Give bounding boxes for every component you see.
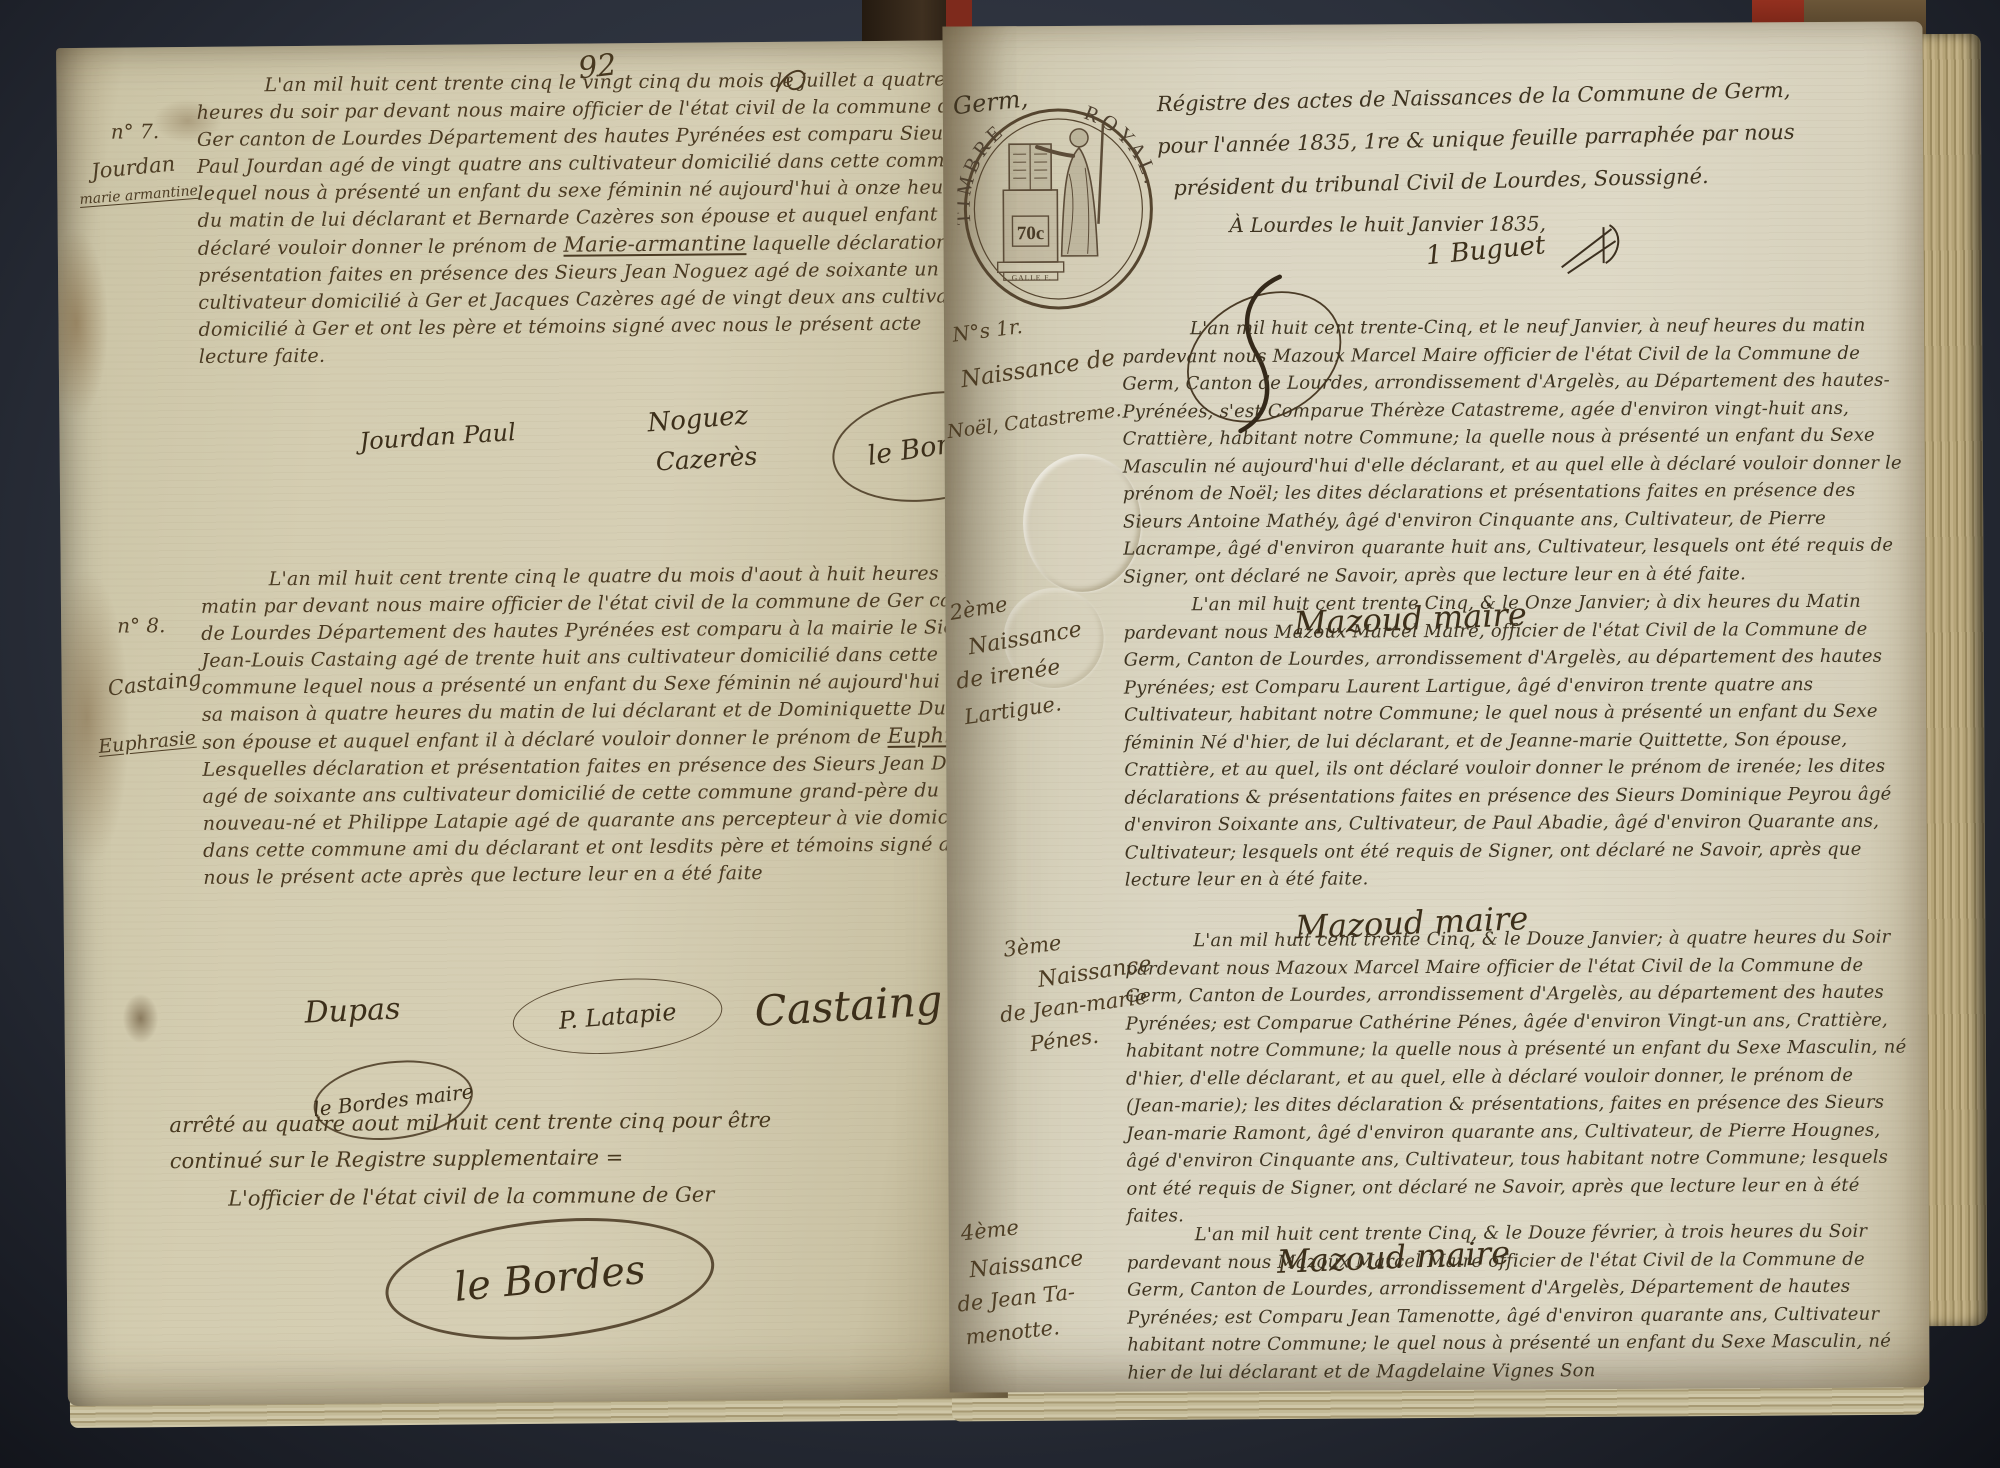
act-2-body: L'an mil huit cent trente Cinq, & le Onz… <box>1123 588 1907 895</box>
stamp-engraver: GALLE F. <box>1012 273 1052 282</box>
act-2-block: L'an mil huit cent trente Cinq, & le Onz… <box>1123 588 1907 937</box>
signature-castaing: Castaing <box>753 976 944 1036</box>
act-margin-line: Naissance de <box>959 345 1117 393</box>
act-8-text: L'an mil huit cent trente cinq le quatre… <box>201 562 996 754</box>
act-margin-line: menotte. <box>964 1315 1061 1349</box>
act-margin-line: Pénes. <box>1028 1024 1100 1057</box>
act-8-text-after: Lesquelles déclaration et présentation f… <box>202 752 993 889</box>
signature-buguet: 1 Buguet <box>1424 230 1546 271</box>
act-4-block: L'an mil huit cent trente Cinq, & le Dou… <box>1127 1218 1910 1387</box>
margin-name-note: Jourdan <box>90 151 176 183</box>
right-page: Germ, Régistre des actes de Naissances d… <box>942 21 1929 1392</box>
signature-noguez: Noguez <box>646 401 749 439</box>
act-8-body: L'an mil huit cent trente cinq le quatre… <box>201 560 1000 892</box>
stain <box>122 993 158 1043</box>
act-7-body: L'an mil huit cent trente cinq le vingt … <box>196 66 995 371</box>
act-margin-number: 3ème <box>1002 931 1063 962</box>
stamp-denomination: 70c <box>1017 223 1045 244</box>
margin-name-note: Castaing <box>107 666 203 700</box>
act-margin-line: Lartigue. <box>963 691 1063 729</box>
register-title-line: président du tribunal Civil de Lourdes, … <box>1173 158 1930 200</box>
left-page: 92 n° 7. Jourdan marie armantine L'an mi… <box>56 40 1008 1406</box>
act-margin-number: N°s 1r. <box>951 314 1024 347</box>
act-margin-number: 2ème <box>948 592 1009 625</box>
stamp-figure-head <box>1070 129 1088 147</box>
closing-line: arrêté au quatre aout mil huit cent tren… <box>169 1108 771 1137</box>
register-title-line: pour l'année 1835, 1re & unique feuille … <box>1157 117 1930 159</box>
timbre-royal-stamp: TIMBRE ROYAL. 70c GALLE F. <box>957 103 1160 316</box>
register-title-line: Régistre des actes de Naissances de la C… <box>1157 75 1930 117</box>
closing-line: continué sur le Registre supplementaire … <box>170 1145 624 1173</box>
margin-childname-note: marie armantine <box>79 183 199 208</box>
act-margin-line: Naissance <box>968 1246 1085 1283</box>
act-7-child-name: Marie-armantine <box>563 231 746 257</box>
signature-bordes-closing-oval: le Bordes <box>380 1204 720 1353</box>
act-1-body: L'an mil huit cent trente-Cinq, et le ne… <box>1122 312 1905 591</box>
act-margin-line: de Jean Ta- <box>956 1280 1076 1317</box>
buguet-paraph-flourish <box>1553 219 1623 279</box>
closing-line: L'officier de l'état civil de la commune… <box>228 1182 714 1210</box>
act-4-body: L'an mil huit cent trente Cinq, & le Dou… <box>1127 1218 1910 1387</box>
act-number-note: n° 8. <box>117 613 166 637</box>
signature-jourdan: Jourdan Paul <box>359 418 517 455</box>
photo-background: 92 n° 7. Jourdan marie armantine L'an mi… <box>0 0 2000 1468</box>
signature-latapie-oval: P. Latapie <box>510 971 725 1061</box>
act-number-note: n° 7. <box>111 119 160 143</box>
act-1-block: L'an mil huit cent trente-Cinq, et le ne… <box>1122 312 1906 633</box>
act-margin-number: 4ème <box>960 1215 1020 1245</box>
signature-cazeres: Cazerès <box>655 441 758 476</box>
act-margin-line: Noël, Catastreme. <box>946 399 1123 443</box>
signature-dupas: Dupas <box>304 992 401 1031</box>
page-fore-edge-stack <box>1919 34 1988 1326</box>
stain <box>56 228 109 419</box>
act-3-body: L'an mil huit cent trente Cinq, & le Dou… <box>1125 924 1909 1231</box>
dateline: À Lourdes le huit Janvier 1835, <box>1229 211 1546 237</box>
margin-childname-note: Euphrasie <box>97 727 197 758</box>
